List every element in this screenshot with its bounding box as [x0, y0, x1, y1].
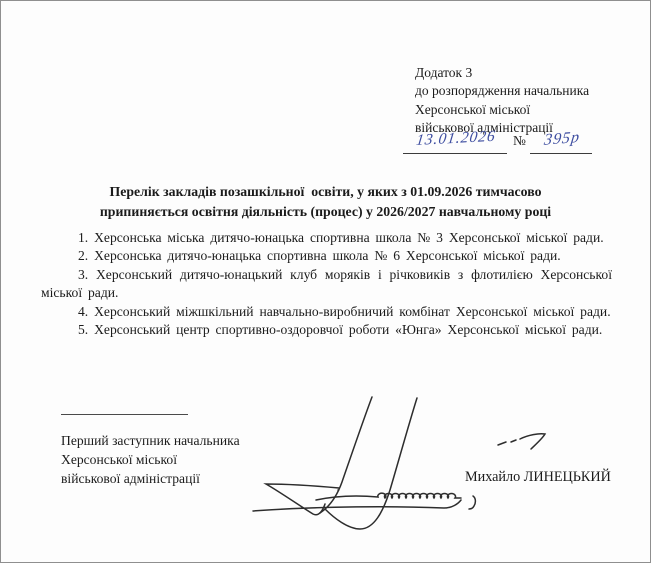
signature-rule — [61, 414, 188, 415]
annex-header: Додаток 3 до розпорядження начальника Хе… — [415, 64, 589, 137]
annex-header-line: Додаток 3 — [415, 64, 589, 82]
numero-symbol: № — [513, 133, 526, 154]
list-item: 4. Херсонський міжшкільний навчально-вир… — [41, 303, 612, 321]
annex-header-line: до розпорядження начальника — [415, 82, 589, 100]
date-underline: 13.01.2026 — [403, 132, 507, 154]
list-item: 2. Херсонська дитячо-юнацька спортивна ш… — [41, 247, 612, 265]
official-role: Перший заступник начальника Херсонської … — [61, 431, 240, 488]
role-line: Херсонської міської — [61, 450, 240, 469]
annex-header-line: Херсонської міської — [415, 101, 589, 119]
official-name: Михайло ЛИНЕЦЬКИЙ — [465, 469, 611, 486]
document-title: Перелік закладів позашкільної освіти, у … — [1, 182, 650, 221]
number-underline: 395р — [530, 132, 592, 154]
document-page: Додаток 3 до розпорядження начальника Хе… — [0, 0, 651, 563]
handwritten-number: 395р — [543, 129, 581, 150]
list-item: 3. Херсонський дитячо-юнацький клуб моря… — [41, 266, 612, 303]
list-item: 1. Херсонська міська дитячо-юнацька спор… — [41, 229, 612, 247]
title-line: припиняється освітня діяльність (процес)… — [1, 202, 650, 222]
school-list: 1. Херсонська міська дитячо-юнацька спор… — [41, 229, 612, 339]
role-line: військової адміністрації — [61, 469, 240, 488]
list-item: 5. Херсонський центр спортивно-оздоровчо… — [41, 321, 612, 339]
handwritten-date: 13.01.2026 — [415, 128, 497, 150]
role-line: Перший заступник начальника — [61, 431, 240, 450]
date-number-row: 13.01.2026№395р — [403, 132, 592, 154]
title-line: Перелік закладів позашкільної освіти, у … — [1, 182, 650, 202]
